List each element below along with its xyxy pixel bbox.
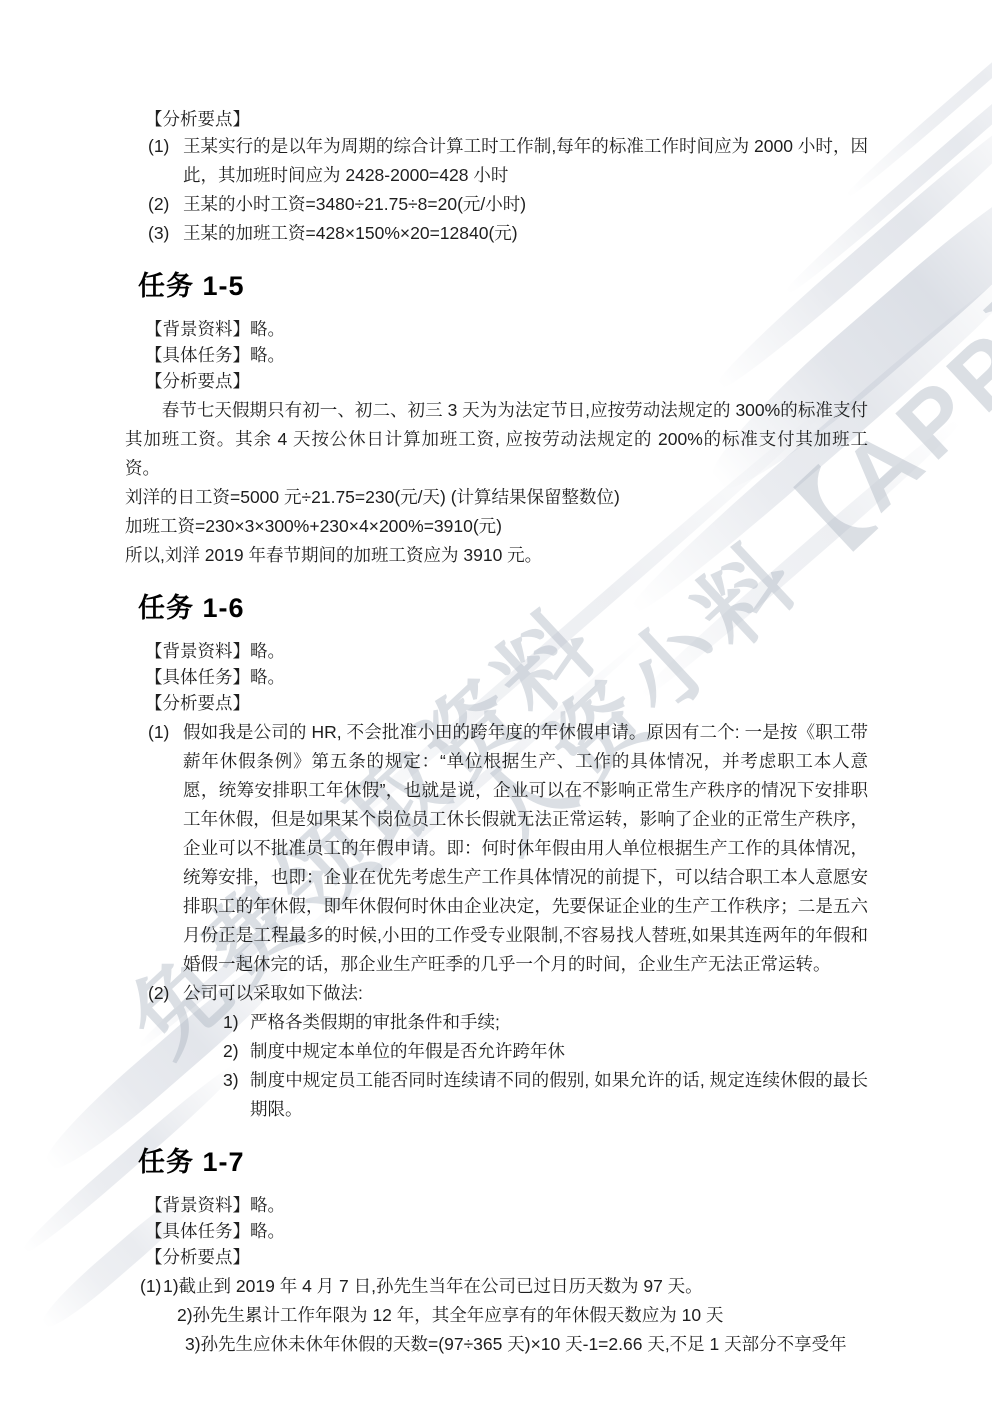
item-number: (3) xyxy=(125,219,183,248)
item-number: 3) xyxy=(223,1066,250,1124)
item-text: 公司可以采取如下做法: xyxy=(183,979,868,1008)
document-page: 免费领取资料 人资小料【APP】 【分析要点】 (1) 王某实行的是以年为周期的… xyxy=(0,0,992,1403)
item-text: 假如我是公司的 HR, 不会批准小田的跨年度的年休假申请。原因有二个: 一是按《… xyxy=(183,718,868,979)
specific-task-label: 【具体任务】略。 xyxy=(125,342,868,368)
item-number: (1) xyxy=(125,718,183,979)
numbered-item: (1) 1)截止到 2019 年 4 月 7 日,孙先生当年在公司已过日历天数为… xyxy=(125,1272,868,1301)
background-material-label: 【背景资料】略。 xyxy=(125,638,868,664)
analysis-points-label: 【分析要点】 xyxy=(125,368,868,394)
specific-task-label: 【具体任务】略。 xyxy=(125,664,868,690)
item-text: 王某实行的是以年为周期的综合计算工时工作制,每年的标准工作时间应为 2000 小… xyxy=(183,132,868,190)
item-number: (1) xyxy=(125,1272,163,1301)
body-line: 3)孙先生应休未休年休假的天数=(97÷365 天)×10 天-1=2.66 天… xyxy=(125,1330,868,1359)
item-number: (2) xyxy=(125,190,183,219)
sub-list-item: 1) 严格各类假期的审批条件和手续; xyxy=(125,1008,868,1037)
task-1-7-title: 任务 1-7 xyxy=(125,1146,868,1178)
item-text: 王某的小时工资=3480÷21.75÷8=20(元/小时) xyxy=(183,190,868,219)
numbered-item: (3) 王某的加班工资=428×150%×20=12840(元) xyxy=(125,219,868,248)
item-number: 1) xyxy=(223,1008,250,1037)
numbered-item: (1) 王某实行的是以年为周期的综合计算工时工作制,每年的标准工作时间应为 20… xyxy=(125,132,868,190)
body-line: 加班工资=230×3×300%+230×4×200%=3910(元) xyxy=(125,512,868,541)
body-line: 2)孙先生累计工作年限为 12 年，其全年应享有的年休假天数应为 10 天 xyxy=(125,1301,868,1330)
document-content: 【分析要点】 (1) 王某实行的是以年为周期的综合计算工时工作制,每年的标准工作… xyxy=(125,106,868,1359)
specific-task-label: 【具体任务】略。 xyxy=(125,1218,868,1244)
analysis-points-label: 【分析要点】 xyxy=(125,690,868,716)
background-material-label: 【背景资料】略。 xyxy=(125,316,868,342)
body-line: 刘洋的日工资=5000 元÷21.75=230(元/天) (计算结果保留整数位) xyxy=(125,483,868,512)
background-material-label: 【背景资料】略。 xyxy=(125,1192,868,1218)
numbered-item: (2) 公司可以采取如下做法: xyxy=(125,979,868,1008)
analysis-points-label: 【分析要点】 xyxy=(125,1244,868,1270)
item-text: 制度中规定员工能否同时连续请不同的假别, 如果允许的话, 规定连续休假的最长期限… xyxy=(250,1066,868,1124)
analysis-points-label: 【分析要点】 xyxy=(125,106,868,132)
body-line: 所以,刘洋 2019 年春节期间的加班工资应为 3910 元。 xyxy=(125,541,868,570)
task-1-6-title: 任务 1-6 xyxy=(125,592,868,624)
item-text: 王某的加班工资=428×150%×20=12840(元) xyxy=(183,219,868,248)
item-number: 2) xyxy=(223,1037,250,1066)
item-text: 严格各类假期的审批条件和手续; xyxy=(250,1008,868,1037)
item-text: 制度中规定本单位的年假是否允许跨年休 xyxy=(250,1037,868,1066)
item-number: (1) xyxy=(125,132,183,190)
numbered-item: (1) 假如我是公司的 HR, 不会批准小田的跨年度的年休假申请。原因有二个: … xyxy=(125,718,868,979)
item-text: 1)截止到 2019 年 4 月 7 日,孙先生当年在公司已过日历天数为 97 … xyxy=(163,1272,868,1301)
paragraph: 春节七天假期只有初一、初二、初三 3 天为为法定节日,应按劳动法规定的 300%… xyxy=(125,396,868,483)
sub-list-item: 3) 制度中规定员工能否同时连续请不同的假别, 如果允许的话, 规定连续休假的最… xyxy=(125,1066,868,1124)
task-1-5-title: 任务 1-5 xyxy=(125,270,868,302)
item-number: (2) xyxy=(125,979,183,1008)
numbered-item: (2) 王某的小时工资=3480÷21.75÷8=20(元/小时) xyxy=(125,190,868,219)
sub-list-item: 2) 制度中规定本单位的年假是否允许跨年休 xyxy=(125,1037,868,1066)
